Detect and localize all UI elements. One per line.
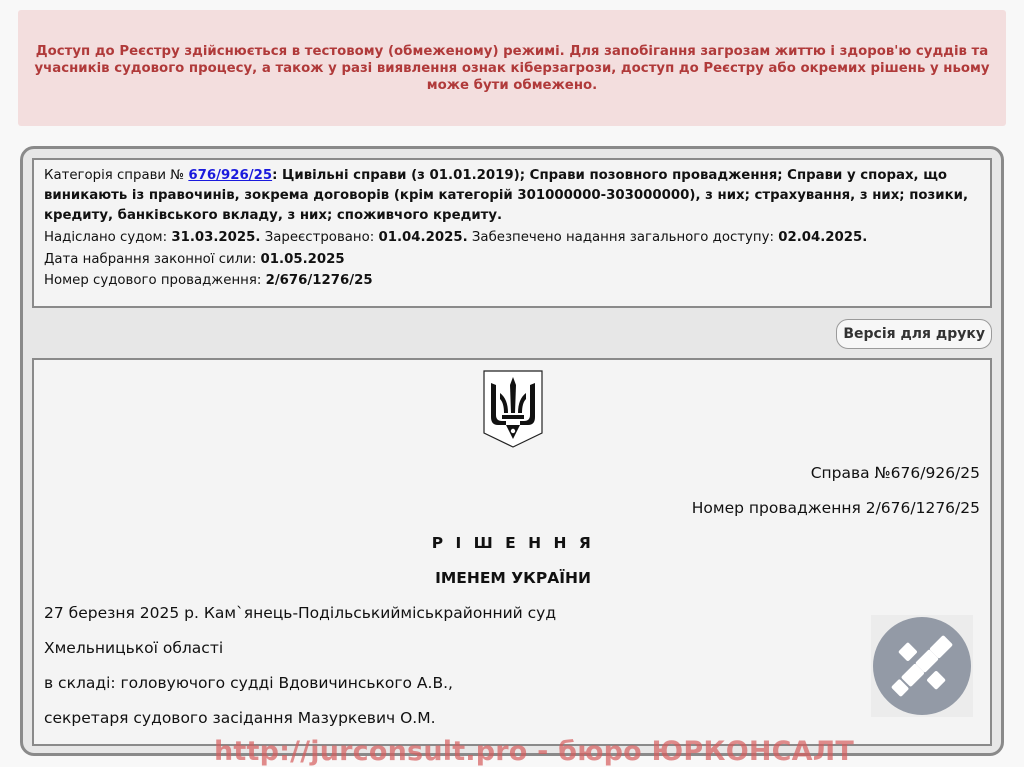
effective-date-row: Дата набрання законної сили: 01.05.2025 xyxy=(44,249,980,271)
proceeding-number-line: Номер провадження 2/676/1276/25 xyxy=(692,499,980,517)
case-dates: Надіслано судом: 31.03.2025. Зареєстрова… xyxy=(44,227,980,249)
access-warning-text: Доступ до Реєстру здійснюється в тестово… xyxy=(34,43,990,94)
case-info-panel: Категорія справи № 676/926/25: Цивільні … xyxy=(32,158,992,308)
registered-date: 01.04.2025. xyxy=(378,230,467,245)
decision-document: Справа №676/926/25 Номер провадження 2/6… xyxy=(32,358,992,746)
decision-title: Р І Ш Е Н Н Я xyxy=(34,534,992,552)
puzzle-logo-icon xyxy=(871,615,973,717)
case-number-link[interactable]: 676/926/25 xyxy=(188,168,272,183)
sent-date: 31.03.2025. xyxy=(171,230,260,245)
access-date: 02.04.2025. xyxy=(778,230,867,245)
decision-line: 27 березня 2025 р. Кам`янець-Подільський… xyxy=(44,604,556,622)
decision-subtitle: ІМЕНЕМ УКРАЇНИ xyxy=(34,569,992,587)
case-category: Категорія справи № 676/926/25: Цивільні … xyxy=(44,166,980,226)
print-version-button[interactable]: Версія для друку xyxy=(836,319,992,349)
proceeding-number-row: Номер судового провадження: 2/676/1276/2… xyxy=(44,270,980,292)
access-warning-banner: Доступ до Реєстру здійснюється в тестово… xyxy=(18,10,1006,126)
case-number-line: Справа №676/926/25 xyxy=(811,464,980,482)
decision-line: Хмельницької області xyxy=(44,639,223,657)
decision-line: в складі: головуючого судді Вдовичинсько… xyxy=(44,674,453,692)
proceeding-number: 2/676/1276/25 xyxy=(266,273,373,288)
watermark-text: http://jurconsult.pro - бюро ЮРКОНСАЛТ xyxy=(214,734,814,767)
decision-frame: Категорія справи № 676/926/25: Цивільні … xyxy=(20,146,1004,756)
ukraine-trident-emblem-icon xyxy=(482,369,544,449)
effective-date: 01.05.2025 xyxy=(261,252,345,267)
decision-line: секретаря судового засідання Мазуркевич … xyxy=(44,709,436,727)
